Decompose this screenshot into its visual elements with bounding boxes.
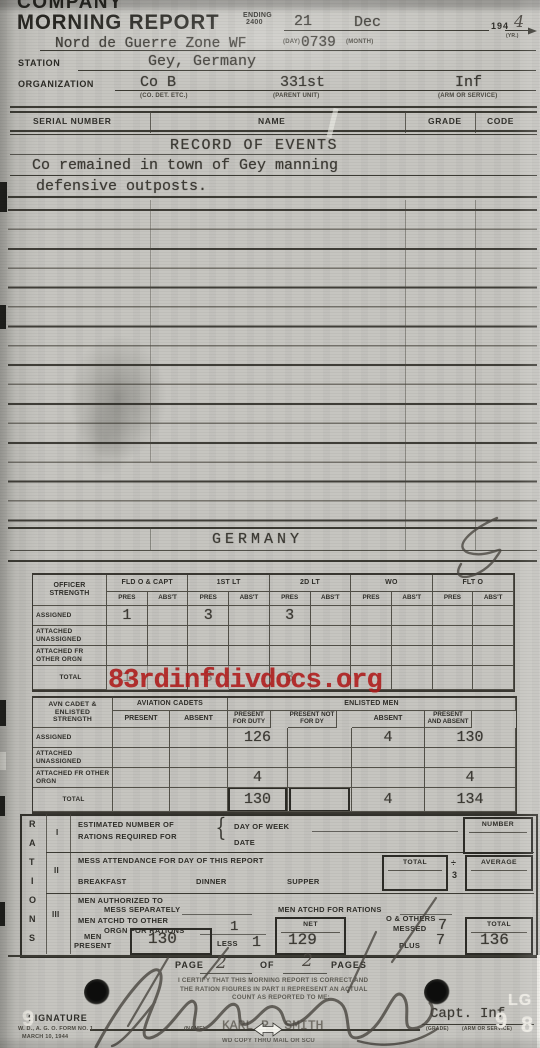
officer-sub-pres: PRES <box>188 592 229 606</box>
plus-label: PLUS <box>399 941 420 950</box>
officer-empty-cell <box>473 606 514 626</box>
routing-line: WD COPY THRU MAIL OR SCU <box>222 1038 315 1044</box>
cadet-empty-cell <box>228 748 288 768</box>
page-label: PAGE <box>175 960 204 970</box>
officer-row-attached-fr-other: ATTACHED FR OTHER ORGN <box>33 646 107 666</box>
cadet-strength-title: AVN CADET & ENLISTED STRENGTH <box>33 698 113 728</box>
officer-strength-title: OFFICER STRENGTH <box>33 575 107 606</box>
year-underline <box>505 30 531 31</box>
ending-value: 2400 <box>246 19 263 26</box>
grade-line <box>422 1024 534 1025</box>
group-aviation-cadets: AVIATION CADETS <box>113 698 228 711</box>
officer-group-flt-o: FLT O <box>433 575 514 592</box>
country-divider-2 <box>405 527 406 550</box>
edge-digit-right-1: 9 <box>495 1008 507 1034</box>
cadet-empty-cell <box>113 788 170 812</box>
rations-total-label: TOTAL <box>467 921 531 928</box>
rations-row2-divider <box>46 893 534 894</box>
record-rule-3 <box>8 196 537 198</box>
officer-empty-cell <box>148 626 189 646</box>
attached-fr-present-for-duty: 4 <box>228 768 288 788</box>
cadet-row-attached-fr-other: ATTACHED FR OTHER ORGN <box>33 768 113 788</box>
org-arm-entry: Inf <box>455 74 482 91</box>
edge-blob <box>0 700 6 726</box>
org-co-entry: Co B <box>140 74 176 91</box>
cadet-empty-cell <box>170 768 228 788</box>
edge-blob <box>0 182 7 212</box>
country-rule-bottom <box>8 560 537 562</box>
men-present-value: 130 <box>148 930 177 948</box>
page-line-2 <box>283 973 327 974</box>
zone-underline <box>40 50 536 51</box>
org-co-caption: (CO. DET. ETC.) <box>140 93 188 99</box>
rations-letter-n: N <box>29 914 36 924</box>
cadet-row-total: TOTAL <box>33 788 113 812</box>
officer-sub-abst: ABS'T <box>392 592 433 606</box>
enlisted-strength-table: AVN CADET & ENLISTED STRENGTH AVIATION C… <box>32 696 517 814</box>
officer-empty-cell <box>351 646 392 666</box>
cadet-empty-cell <box>288 748 352 768</box>
officer-sub-abst: ABS'T <box>473 592 514 606</box>
rations-letter-o: O <box>29 895 36 905</box>
brace-glyph: { <box>215 813 226 842</box>
officer-empty-cell <box>270 626 311 646</box>
divide-num: 3 <box>452 870 457 880</box>
ruled-divider-grade <box>405 200 406 528</box>
dinner-label: DINNER <box>196 877 227 886</box>
cadet-row-assigned: ASSIGNED <box>33 728 113 748</box>
sub-present-not-for-dy: PRESENT NOT FOR DY <box>288 711 337 728</box>
mess-total-box: TOTAL <box>382 855 448 891</box>
officer-empty-cell <box>107 646 148 666</box>
average-box-label: AVERAGE <box>467 859 531 866</box>
col-code: CODE <box>487 116 514 126</box>
mess-total-label: TOTAL <box>384 859 446 866</box>
country-underline <box>10 550 537 551</box>
pen-slash-4 <box>128 958 168 1026</box>
officer-row-total: TOTAL <box>33 666 107 690</box>
officer-empty-cell <box>392 646 433 666</box>
edge-digit-right-2: 8 <box>521 1012 533 1038</box>
name-caption: (NAME) <box>184 1026 205 1032</box>
officer-sub-pres: PRES <box>270 592 311 606</box>
total-absent: 4 <box>352 788 425 812</box>
officer-empty-cell <box>351 606 392 626</box>
cert-line-1: I CERTIFY THAT THIS MORNING REPORT IS CO… <box>178 977 368 984</box>
form-title-morning-report: MORNING REPORT <box>17 11 220 35</box>
officer-sub-pres: PRES <box>433 592 474 606</box>
officer-sub-abst: ABS'T <box>148 592 189 606</box>
rations-bottom-rule <box>8 955 537 957</box>
assigned-absent: 4 <box>352 728 425 748</box>
day-of-week-line <box>312 831 458 832</box>
present-label: PRESENT <box>74 941 112 950</box>
men-atchd-other-label-1: MEN ATCHD TO OTHER <box>78 916 168 925</box>
officer-empty-cell <box>148 646 189 666</box>
org-parent-entry: 331st <box>280 74 325 91</box>
rations-letter-i: I <box>31 876 34 886</box>
officer-group-2d-lt: 2D LT <box>270 575 351 592</box>
form-date-line: MARCH 10, 1944 <box>22 1034 68 1040</box>
officer-group-fld-capt: FLD O & CAPT <box>107 575 188 592</box>
total-present-not-for-dy-box <box>288 788 352 812</box>
page-line-1 <box>200 973 252 974</box>
roster-header-rule-1 <box>10 130 537 132</box>
cadet-empty-cell <box>170 728 228 748</box>
mess-total-line <box>388 870 442 871</box>
signature-label: SIGNATURE <box>28 1013 88 1023</box>
officer-empty-cell <box>433 626 474 646</box>
day-caption: (DAY) <box>283 39 300 45</box>
officer-sub-abst: ABS'T <box>229 592 270 606</box>
less-label: LESS <box>217 939 238 948</box>
officer-empty-cell <box>473 666 514 690</box>
number-box-line <box>469 832 527 833</box>
officer-empty-cell <box>433 606 474 626</box>
date-label: DATE <box>234 838 255 847</box>
cadet-row-attached-unassigned: ATTACHED UNASSIGNED <box>33 748 113 768</box>
officer-empty-cell <box>229 626 270 646</box>
men-atchd-for-rations-label: MEN ATCHD FOR RATIONS <box>278 905 382 914</box>
header-rule-2 <box>10 111 537 113</box>
rations-numeral-1: I <box>56 828 59 837</box>
less-value: 1 <box>252 934 261 951</box>
grade-entry: Capt. <box>430 1006 472 1022</box>
net-value: 129 <box>288 931 317 949</box>
rations-letters-divider <box>46 814 47 954</box>
officer-sub-abst: ABS'T <box>311 592 352 606</box>
men-atchd-other-value: 1 <box>230 919 238 935</box>
station-underline <box>78 70 536 71</box>
officer-row-attached-unassigned: ATTACHED UNASSIGNED <box>33 626 107 646</box>
record-rule-2 <box>10 175 537 176</box>
cadet-empty-cell <box>425 748 516 768</box>
time-entry: 0739 <box>301 35 336 51</box>
assigned-present-for-duty: 126 <box>228 728 288 748</box>
station-label: STATION <box>18 58 60 68</box>
org-arm-caption: (ARM OR SERVICE) <box>438 93 497 99</box>
plus-value: 7 <box>436 932 445 949</box>
of-label: OF <box>260 960 275 970</box>
assigned-present-and-absent: 130 <box>425 728 516 748</box>
rations-letter-t: T <box>29 857 35 867</box>
men-authorized-label: MEN AUTHORIZED TO <box>78 896 163 905</box>
officer-empty-cell <box>392 606 433 626</box>
officer-empty-cell <box>107 626 148 646</box>
average-box-line <box>471 870 527 871</box>
officer-sub-pres: PRES <box>107 592 148 606</box>
o-and-others-label-2: MESSED <box>393 924 426 933</box>
officer-empty-cell <box>188 626 229 646</box>
country-entry: GERMANY <box>212 531 303 548</box>
edge-blob <box>0 305 6 329</box>
sub-present-for-duty: PRESENT FOR DUTY <box>228 711 271 728</box>
cert-line-3: COUNT AS REPORTED TO ME: <box>232 994 330 1001</box>
edge-white-blob <box>0 752 6 770</box>
officer-empty-cell <box>311 646 352 666</box>
officer-row-assigned: ASSIGNED <box>33 606 107 626</box>
edge-blob <box>0 796 5 816</box>
grade-caption: (GRADE) <box>426 1026 449 1032</box>
edge-lg-mark: LG <box>508 992 532 1010</box>
cadet-empty-cell <box>170 788 228 812</box>
sub-present-and-absent: PRESENT AND ABSENT <box>425 711 472 728</box>
col-grade: GRADE <box>428 116 462 126</box>
country-divider-3 <box>475 527 476 550</box>
officer-empty-cell <box>473 646 514 666</box>
men-label: MEN <box>84 932 102 941</box>
cadet-empty-cell <box>113 768 170 788</box>
officer-empty-cell <box>311 606 352 626</box>
total-present-for-duty: 130 <box>228 788 286 812</box>
total-present-and-absent: 134 <box>425 788 516 812</box>
punch-hole-right <box>424 979 451 1006</box>
average-box: AVERAGE <box>465 855 533 891</box>
o-and-others-label-1: O & OTHERS <box>386 914 436 923</box>
mess-separately-label: MESS SEPARATELY <box>104 905 180 914</box>
sub-absent: ABSENT <box>352 711 425 728</box>
rations-row1-divider <box>46 852 534 853</box>
breakfast-label: BREAKFAST <box>78 877 127 886</box>
total-present-not-for-dy <box>289 788 351 812</box>
estimated-rations-label-2: RATIONS REQUIRED FOR <box>78 832 177 841</box>
divide-sign: ÷ <box>451 858 456 868</box>
cert-line-2: THE RATION FIGURES IN PART II REPRESENT … <box>180 986 368 993</box>
officer-empty-cell <box>392 666 433 690</box>
rations-numeral-3: III <box>52 910 60 919</box>
station-entry: Gey, Germany <box>148 53 256 70</box>
rations-letter-a: A <box>29 838 36 848</box>
rations-letter-r: R <box>29 819 36 829</box>
cadet-empty-cell <box>113 728 170 748</box>
cadet-empty-cell <box>288 768 352 788</box>
event-entry-line1: Co remained in town of Gey manning <box>32 157 338 174</box>
event-entry-line2: defensive outposts. <box>36 178 207 195</box>
pages-label: PAGES <box>331 960 367 970</box>
blank-ruled-rows <box>8 200 537 528</box>
officer-assigned-fld-pres: 1 <box>107 606 148 626</box>
officer-empty-cell <box>433 646 474 666</box>
officer-empty-cell <box>351 626 392 646</box>
estimated-rations-label-1: ESTIMATED NUMBER OF <box>78 820 174 829</box>
officer-empty-cell <box>148 606 189 626</box>
number-box: NUMBER <box>463 817 533 854</box>
officer-group-1st-lt: 1ST LT <box>188 575 269 592</box>
country-rule-top <box>8 527 537 529</box>
officer-sub-pres: PRES <box>351 592 392 606</box>
org-parent-caption: (PARENT UNIT) <box>273 93 319 99</box>
page-value: 2 <box>216 953 227 973</box>
day-entry: 21 <box>294 13 312 30</box>
rations-total-value: 136 <box>480 931 509 949</box>
year-caption: (YR.) <box>506 33 519 39</box>
ending-label: ENDING <box>243 12 272 19</box>
officer-empty-cell <box>229 646 270 666</box>
rations-letter-s: S <box>29 933 35 943</box>
date-underline <box>284 30 489 31</box>
mess-attendance-label: MESS ATTENDANCE FOR DAY OF THIS REPORT <box>78 856 264 865</box>
officer-empty-cell <box>270 646 311 666</box>
officer-assigned-2lt-pres: 3 <box>270 606 311 626</box>
cadet-empty-cell <box>352 748 425 768</box>
sub-av-present: PRESENT <box>113 711 170 728</box>
record-rule-1 <box>10 154 537 155</box>
cursor-artifact <box>252 1021 284 1038</box>
year-entry: 4 <box>514 12 524 31</box>
officer-empty-cell <box>473 626 514 646</box>
country-divider-1 <box>150 527 151 550</box>
col-serial-number: SERIAL NUMBER <box>33 116 111 126</box>
edge-blob <box>0 902 5 926</box>
net-box-label: NET <box>277 921 344 928</box>
month-entry: Dec <box>354 14 381 31</box>
sub-av-absent: ABSENT <box>170 711 228 728</box>
total-present-for-duty-box: 130 <box>228 788 288 812</box>
officer-empty-cell <box>392 626 433 646</box>
rations-numeral-2: II <box>54 866 59 875</box>
site-watermark: 83rdinfdivdocs.org <box>108 666 382 696</box>
roster-header-rule-2 <box>10 134 537 135</box>
officer-group-wo: WO <box>351 575 432 592</box>
group-enlisted-men: ENLISTED MEN <box>228 698 516 711</box>
edge-digit-left: 9 <box>22 1006 34 1032</box>
cadet-empty-cell <box>288 728 352 748</box>
cadet-empty-cell <box>170 748 228 768</box>
pages-value: 2 <box>302 951 313 971</box>
col-name: NAME <box>258 116 285 126</box>
cadet-empty-cell <box>352 768 425 788</box>
day-of-week-label: DAY OF WEEK <box>234 822 289 831</box>
officer-empty-cell <box>188 646 229 666</box>
pen-descender <box>112 1002 155 1046</box>
officer-empty-cell <box>229 606 270 626</box>
month-caption: (MONTH) <box>346 39 373 45</box>
morning-report-scan: COMPANY MORNING REPORT ENDING 2400 21 De… <box>0 0 540 1048</box>
rations-numerals-divider <box>70 814 71 954</box>
officer-empty-cell <box>433 666 474 690</box>
ruled-divider-serial <box>150 200 151 462</box>
record-of-events-title: RECORD OF EVENTS <box>170 137 338 154</box>
header-rule-1 <box>10 106 537 108</box>
organization-label: ORGANIZATION <box>18 79 94 89</box>
mess-separately-line <box>182 914 252 915</box>
punch-hole-left <box>84 979 111 1006</box>
officer-empty-cell <box>311 626 352 646</box>
officer-assigned-1lt-pres: 3 <box>188 606 229 626</box>
cadet-empty-cell <box>113 748 170 768</box>
ruled-divider-code <box>475 200 476 528</box>
number-box-label: NUMBER <box>465 821 531 828</box>
supper-label: SUPPER <box>287 877 320 886</box>
attached-fr-present-and-absent: 4 <box>425 768 516 788</box>
organization-underline <box>115 90 536 91</box>
